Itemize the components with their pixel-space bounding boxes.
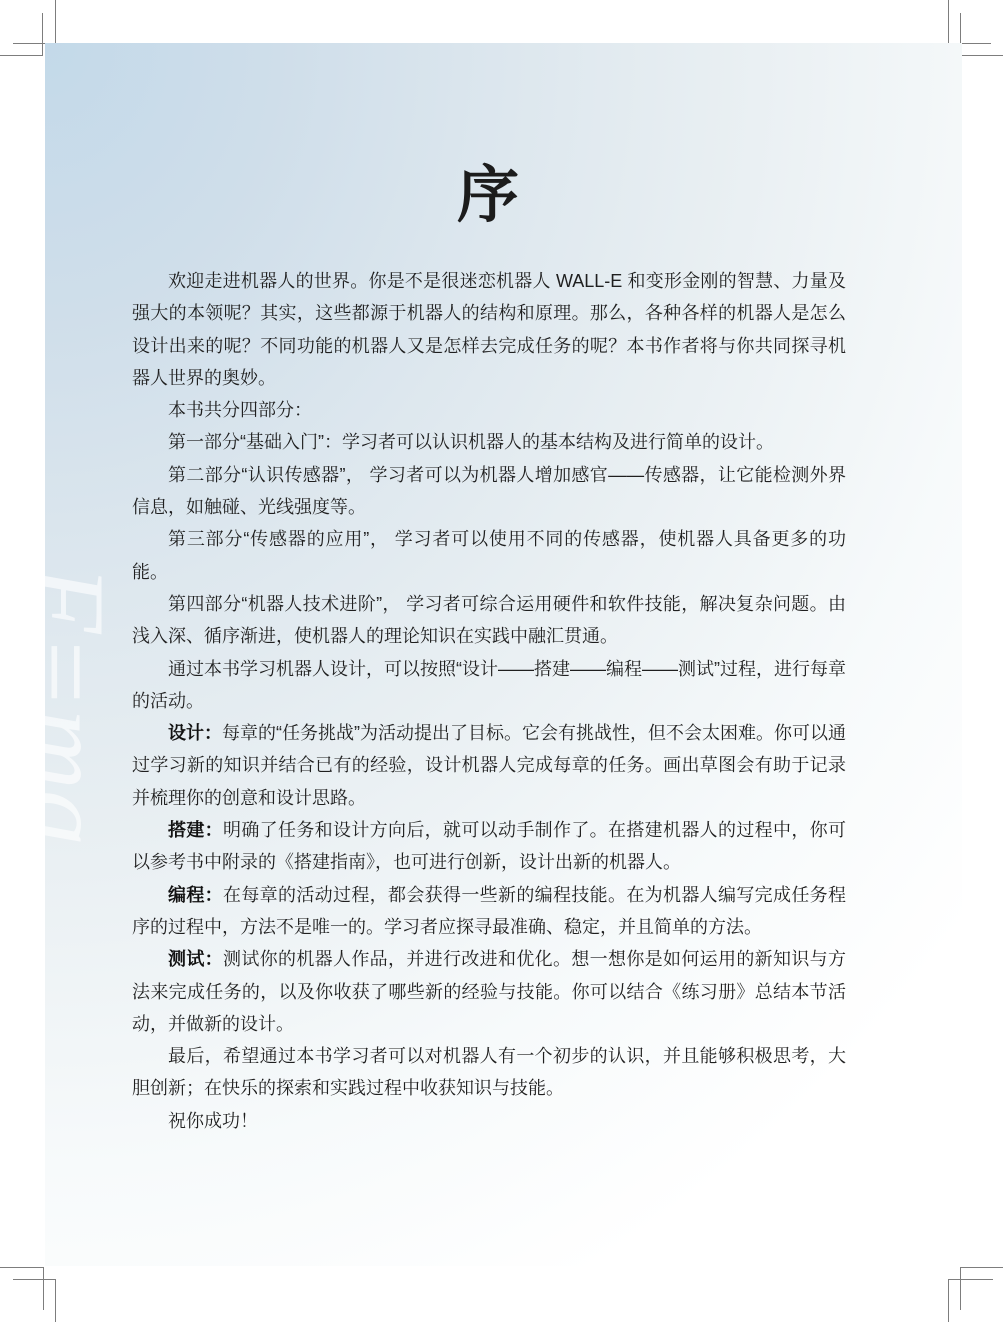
paragraph: 第二部分“认识传感器”， 学习者可以为机器人增加感官——传感器，让它能检测外界信… <box>132 459 846 524</box>
crop-mark-top-left-outer <box>13 0 56 44</box>
paragraph: 最后，希望通过本书学习者可以对机器人有一个初步的认识，并且能够积极思考，大胆创新… <box>132 1040 846 1105</box>
crop-mark-top-left-inner <box>0 13 43 56</box>
page-canvas: F=ma 序 欢迎走进机器人的世界。你是不是很迷恋机器人 WALL-E 和变形金… <box>0 0 1003 1322</box>
paragraph: 编程：在每章的活动过程，都会获得一些新的编程技能。在为机器人编写完成任务程序的过… <box>132 879 846 944</box>
book-page: F=ma 序 欢迎走进机器人的世界。你是不是很迷恋机器人 WALL-E 和变形金… <box>45 43 962 1266</box>
page-title: 序 <box>132 159 846 233</box>
crop-mark-bottom-right-inner <box>948 1279 993 1322</box>
paragraph: 第三部分“传感器的应用”， 学习者可以使用不同的传感器，使机器人具备更多的功能。 <box>132 523 846 588</box>
crop-mark-bottom-left-outer <box>0 1267 44 1310</box>
paragraph: 测试：测试你的机器人作品，并进行改进和优化。想一想你是如何运用的新知识与方法来完… <box>132 943 846 1040</box>
crop-mark-bottom-right-outer <box>960 1267 1003 1310</box>
paragraph: 欢迎走进机器人的世界。你是不是很迷恋机器人 WALL-E 和变形金刚的智慧、力量… <box>132 265 846 394</box>
paragraph: 本书共分四部分： <box>132 394 846 426</box>
paragraph: 搭建：明确了任务和设计方向后，就可以动手制作了。在搭建机器人的过程中，你可以参考… <box>132 814 846 879</box>
paragraph-lead: 编程： <box>168 885 223 905</box>
paragraph: 通过本书学习机器人设计，可以按照“设计——搭建——编程——测试”过程，进行每章的… <box>132 653 846 718</box>
preface-body: 欢迎走进机器人的世界。你是不是很迷恋机器人 WALL-E 和变形金刚的智慧、力量… <box>132 265 846 1137</box>
paragraph-lead: 测试： <box>168 949 223 969</box>
paragraph-lead: 设计： <box>168 723 222 743</box>
paragraph: 祝你成功！ <box>132 1105 846 1137</box>
paragraph: 第一部分“基础入门”：学习者可以认识机器人的基本结构及进行简单的设计。 <box>132 426 846 458</box>
crop-mark-top-right-outer <box>948 0 991 44</box>
crop-mark-bottom-left-inner <box>13 1279 56 1322</box>
crop-mark-top-right-inner <box>960 13 1003 56</box>
paragraph: 第四部分“机器人技术进阶”， 学习者可综合运用硬件和软件技能，解决复杂问题。由浅… <box>132 588 846 653</box>
paragraph: 设计：每章的“任务挑战”为活动提出了目标。它会有挑战性，但不会太困难。你可以通过… <box>132 717 846 814</box>
paragraph-lead: 搭建： <box>168 820 223 840</box>
fma-watermark: F=ma <box>45 565 130 835</box>
